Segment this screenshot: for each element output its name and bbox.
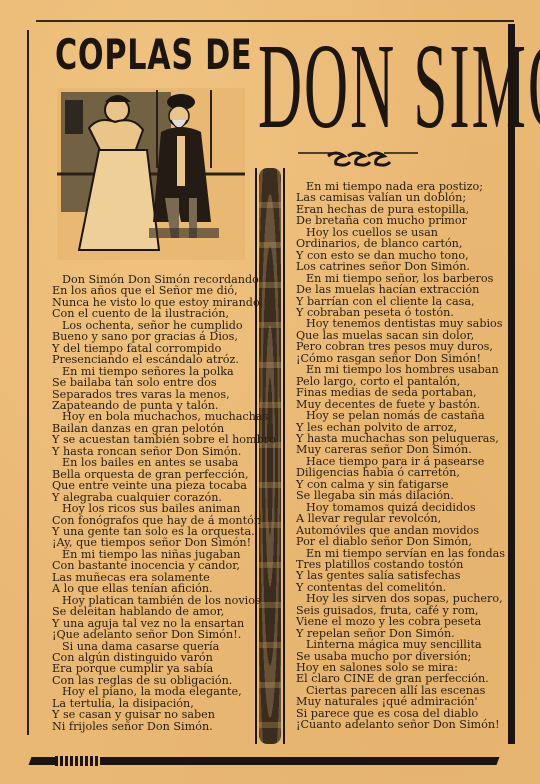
stanza: Hoy los cuellos se usan Ordinarios, de b…	[296, 227, 508, 273]
stanza: En mi tiempo servían en las fondas Tres …	[296, 548, 508, 594]
verse-line: Hoy se pelan nomás de castaña	[296, 410, 508, 421]
verse-line: En mi tiempo los hombres usaban	[296, 364, 508, 375]
stanza: Ciertas parecen allí las escenas Muy nat…	[296, 685, 508, 731]
stanza: Hoy se pelan nomás de castaña Y les echa…	[296, 410, 508, 456]
stanza: En mi tiempo señores la polka Se bailaba…	[52, 366, 272, 412]
left-column-verses: Don Simón Don Simón recordando En los añ…	[52, 274, 272, 732]
verse-line: Ordinarios, de blanco cartón,	[296, 238, 508, 249]
verse-line: Y se casan y guisar no saben	[52, 709, 272, 720]
left-border-rule	[27, 30, 29, 735]
stanza: En mi tiempo las niñas jugaban Con basta…	[52, 549, 272, 595]
verse-line: Bueno y sano por gracias á Dios,	[52, 331, 272, 342]
verse-line: Linterna mágica muy sencillita	[296, 639, 508, 650]
verse-line: Ni frijoles señor Don Simón.	[52, 721, 272, 732]
verse-line: Por el diablo señor Don Simón,	[296, 536, 508, 547]
verse-line: ¡Que adelanto señor Don Simón!.	[52, 629, 272, 640]
verse-line: Se deleitan hablando de amor,	[52, 606, 272, 617]
verse-line: Se bailaba tan solo entre dos	[52, 377, 272, 388]
verse-line: De las muelas hacían extracción	[296, 284, 508, 295]
verse-line: A llevar regular revolcón,	[296, 513, 508, 524]
verse-line: Los catrines señor Don Simón.	[296, 261, 508, 272]
stanza: Hoy tenemos dentistas muy sabios Que las…	[296, 318, 508, 364]
woodcut-illustration	[57, 88, 245, 260]
verse-line: A lo que ellas tenían afición.	[52, 583, 272, 594]
title-coplas-de: COPLAS DE	[55, 30, 252, 79]
stanza: Hoy tomamos quizá decididos A llevar reg…	[296, 502, 508, 548]
bottom-border-ornament	[55, 756, 100, 766]
verse-line: Presenciando el escándalo atróz.	[52, 354, 272, 365]
stanza: En mi tiempo los hombres usaban Pelo lar…	[296, 364, 508, 410]
stanza: Si una dama casarse quería Con algún dis…	[52, 641, 272, 687]
stanza: Hoy en bola muchachos, muchachas Bailan …	[52, 411, 272, 457]
stanza: Los ochenta, señor he cumplido Bueno y s…	[52, 320, 272, 366]
stanza: En mi tiempo nada era postizo; Las camis…	[296, 181, 508, 227]
stanza: Hoy el piano, la moda elegante, La tertu…	[52, 686, 272, 732]
verse-line: Se llegaba sin más dilación.	[296, 490, 508, 501]
stanza: Don Simón Don Simón recordando En los añ…	[52, 274, 272, 320]
flourish-ornament-icon	[298, 148, 418, 168]
verse-line: ¡Cuanto adelanto señor Don Simón!	[296, 719, 508, 730]
stanza: Linterna mágica muy sencillita Se usaba …	[296, 639, 508, 685]
verse-line: Hoy los ricos sus bailes animan	[52, 503, 272, 514]
verse-line: Finas medias de seda portaban,	[296, 387, 508, 398]
stanza: Hoy platican también de los novios Se de…	[52, 595, 272, 641]
title-don-simon: DON SIMON	[258, 26, 540, 148]
verse-line: Que entre veinte una pieza tocaba	[52, 480, 272, 491]
stanza: Hoy los ricos sus bailes animan Con fonó…	[52, 503, 272, 549]
stanza: Hace tiempo para ir á pasearse Diligenci…	[296, 456, 508, 502]
stanza: En mi tiempo señor, los barberos De las …	[296, 273, 508, 319]
verse-line: Viene el mozo y les cobra peseta	[296, 616, 508, 627]
stanza: En los bailes en antes se usaba Bella or…	[52, 457, 272, 503]
stanza: Hoy les sirven dos sopas, puchero, Seis …	[296, 593, 508, 639]
right-column-verses: En mi tiempo nada era postizo; Las camis…	[296, 181, 508, 731]
verse-line: En los bailes en antes se usaba	[52, 457, 272, 468]
